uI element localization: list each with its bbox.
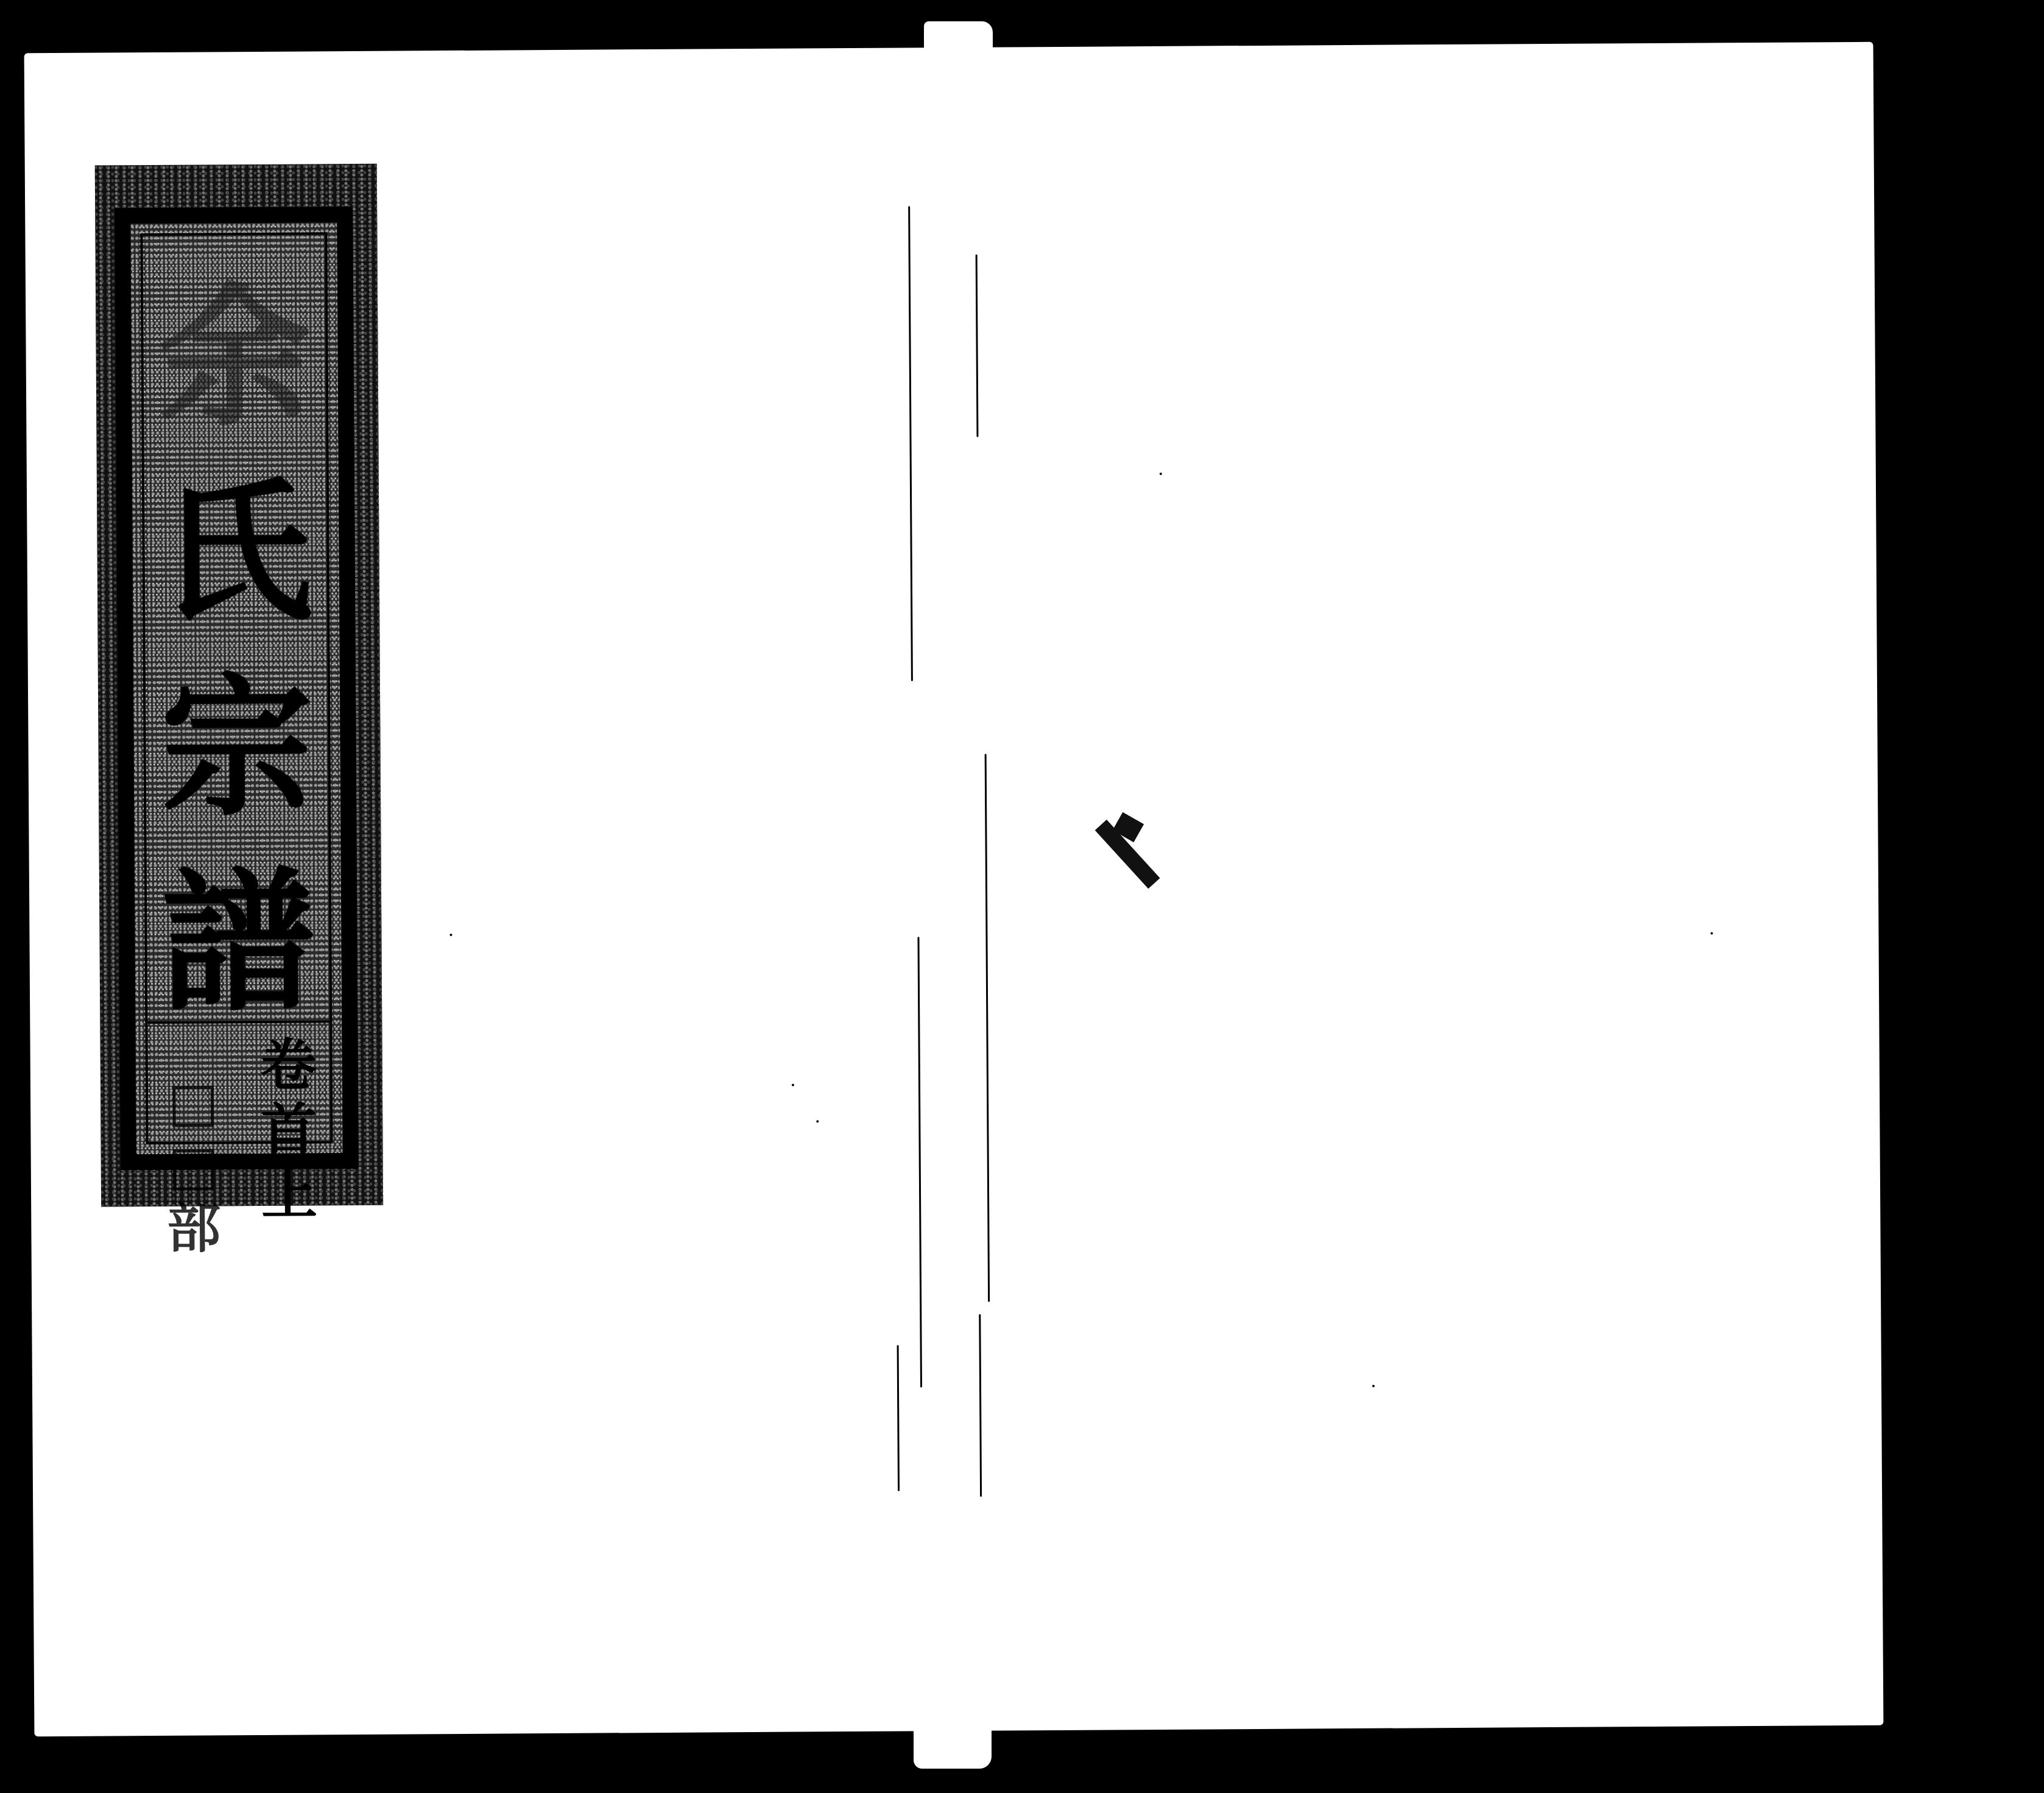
fold-line: [976, 255, 979, 437]
title-char-3: 宗: [160, 649, 314, 845]
fold-line: [985, 754, 990, 1302]
speckle: [449, 934, 452, 936]
fold-line: [897, 1345, 900, 1492]
label-inner-frame: 余 氏 宗 譜 卷 首 上 □ □ 部: [140, 232, 333, 1144]
book-title: 余 氏 宗 譜: [143, 259, 330, 1040]
section-char-1: □: [167, 1069, 219, 1133]
fold-line: [979, 1314, 982, 1497]
volume-char-3: 上: [261, 1161, 318, 1227]
speckle: [792, 1084, 794, 1087]
speckle: [816, 1120, 819, 1122]
speckle: [1160, 473, 1162, 475]
book-cover-page: 余 氏 宗 譜 卷 首 上 □ □ 部: [24, 42, 1884, 1736]
volume-label: 卷 首 上: [260, 1032, 317, 1227]
speckle: [1372, 1385, 1375, 1387]
title-char-4: 譜: [161, 844, 315, 1040]
speckle: [1710, 932, 1713, 934]
title-char-1: 余: [158, 259, 311, 455]
section-char-3: 部: [167, 1196, 221, 1260]
volume-char-2: 首: [261, 1097, 317, 1162]
fold-line: [908, 206, 913, 681]
label-outer-frame: 余 氏 宗 譜 卷 首 上 □ □ 部: [115, 206, 359, 1170]
fold-line: [917, 937, 922, 1387]
section-char-2: □: [168, 1133, 219, 1197]
title-label: 余 氏 宗 譜 卷 首 上 □ □ 部: [95, 164, 383, 1207]
title-char-2: 氏: [159, 454, 312, 650]
section-label: □ □ 部: [166, 1069, 221, 1260]
volume-char-1: 卷: [260, 1032, 317, 1097]
